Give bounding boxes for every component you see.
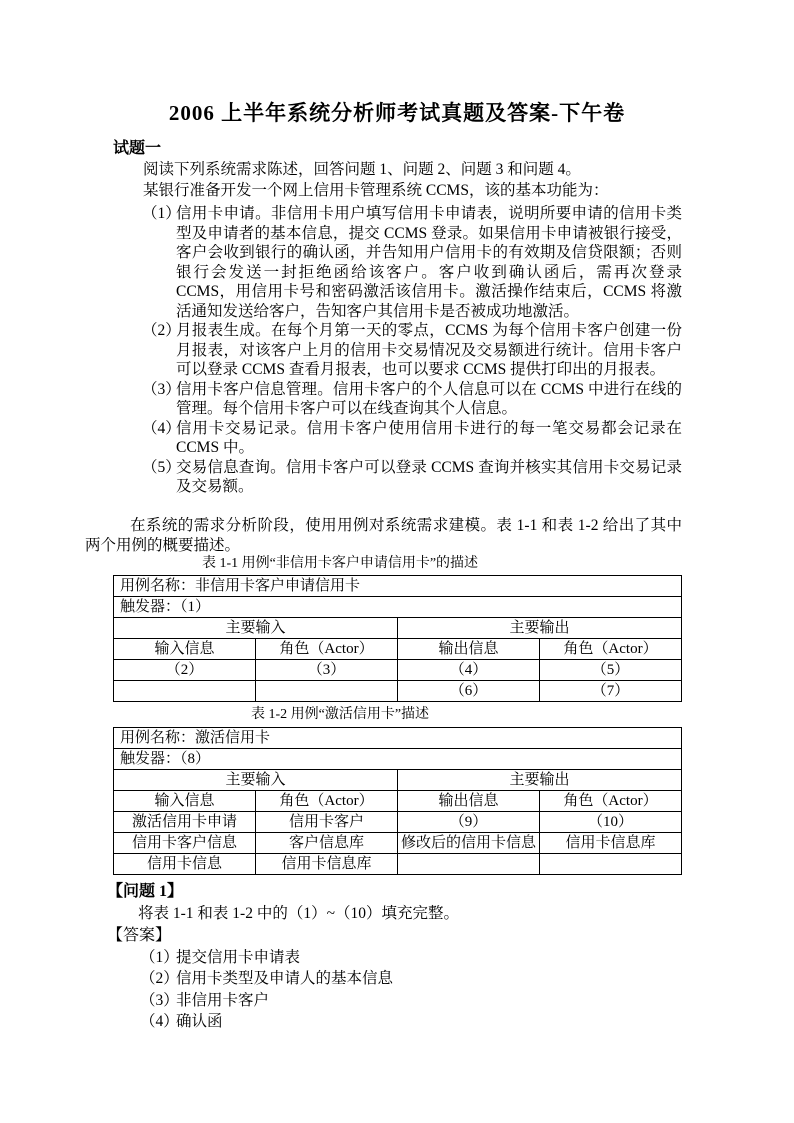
data-cell — [540, 854, 682, 875]
answer-number: （2） — [140, 968, 176, 989]
col-header-cell: 输出信息 — [398, 791, 540, 812]
table-row: （6） （7） — [114, 681, 682, 702]
trigger-cell: 触发器：（8） — [114, 749, 682, 770]
col-header-cell: 角色（Actor） — [256, 791, 398, 812]
data-cell: （2） — [114, 660, 256, 681]
feature-number: （4） — [142, 419, 176, 458]
data-cell: （10） — [540, 812, 682, 833]
answer-number: （3） — [140, 990, 176, 1011]
feature-text: 交易信息查询。信用卡客户可以登录 CCMS 查询并核实其信用卡交易记录及交易额。 — [176, 458, 682, 497]
data-cell: （4） — [398, 660, 540, 681]
data-cell: （3） — [256, 660, 398, 681]
answer-text: 非信用卡客户 — [176, 990, 680, 1011]
data-cell: （6） — [398, 681, 540, 702]
feature-list: （1） 信用卡申请。非信用卡用户填写信用卡申请表，说明所要申请的信用卡类型及申请… — [142, 204, 682, 497]
data-cell: 信用卡信息库 — [540, 833, 682, 854]
feature-text: 信用卡客户信息管理。信用卡客户的个人信息可以在 CCMS 中进行在线的管理。每个… — [176, 380, 682, 419]
answer-text: 信用卡类型及申请人的基本信息 — [176, 968, 680, 989]
feature-item-4: （4） 信用卡交易记录。信用卡客户使用信用卡进行的每一笔交易都会记录在 CCMS… — [142, 419, 682, 458]
data-cell: 信用卡信息库 — [256, 854, 398, 875]
output-group-header-cell: 主要输出 — [398, 618, 682, 639]
use-case-table-1: 用例名称：非信用卡客户申请信用卡 触发器：（1） 主要输入 主要输出 输入信息 … — [113, 575, 682, 702]
answer-list: （1） 提交信用卡申请表 （2） 信用卡类型及申请人的基本信息 （3） 非信用卡… — [140, 947, 680, 1033]
trigger-cell: 触发器：（1） — [114, 597, 682, 618]
data-cell: 信用卡信息 — [114, 854, 256, 875]
intro-paragraph-1: 阅读下列系统需求陈述，回答问题 1、问题 2、问题 3 和问题 4。 — [143, 160, 683, 181]
answer-item-1: （1） 提交信用卡申请表 — [140, 947, 680, 968]
table-row: 信用卡信息 信用卡信息库 — [114, 854, 682, 875]
use-case-name-cell: 用例名称：激活信用卡 — [114, 728, 682, 749]
data-cell: 修改后的信用卡信息 — [398, 833, 540, 854]
table2-caption: 表 1-2 用例“激活信用卡”描述 — [0, 706, 680, 724]
col-header-cell: 角色（Actor） — [540, 639, 682, 660]
input-group-header-cell: 主要输入 — [114, 770, 398, 791]
col-header-cell: 角色（Actor） — [540, 791, 682, 812]
col-header-cell: 角色（Actor） — [256, 639, 398, 660]
question1-heading: 【问题 1】 — [107, 881, 183, 902]
question1-body: 将表 1-1 和表 1-2 中的（1）~（10）填充完整。 — [138, 903, 459, 924]
answer-number: （4） — [140, 1011, 176, 1032]
feature-number: （2） — [142, 321, 176, 380]
input-group-header-cell: 主要输入 — [114, 618, 398, 639]
document-page: 2006 上半年系统分析师考试真题及答案-下午卷 试题一 阅读下列系统需求陈述，… — [0, 0, 794, 1123]
table-row: 信用卡客户信息 客户信息库 修改后的信用卡信息 信用卡信息库 — [114, 833, 682, 854]
data-cell — [398, 854, 540, 875]
analysis-paragraph: 在系统的需求分析阶段，使用用例对系统需求建模。表 1-1 和表 1-2 给出了其… — [85, 516, 682, 556]
data-cell: 客户信息库 — [256, 833, 398, 854]
intro-paragraph-2: 某银行准备开发一个网上信用卡管理系统 CCMS，该的基本功能为： — [143, 181, 683, 202]
answer-item-4: （4） 确认函 — [140, 1011, 680, 1032]
data-cell: （9） — [398, 812, 540, 833]
use-case-table-2: 用例名称：激活信用卡 触发器：（8） 主要输入 主要输出 输入信息 角色（Act… — [113, 727, 682, 875]
col-header-cell: 输出信息 — [398, 639, 540, 660]
data-cell — [114, 681, 256, 702]
feature-number: （1） — [142, 204, 176, 321]
data-cell: 信用卡客户 — [256, 812, 398, 833]
feature-item-1: （1） 信用卡申请。非信用卡用户填写信用卡申请表，说明所要申请的信用卡类型及申请… — [142, 204, 682, 321]
feature-item-5: （5） 交易信息查询。信用卡客户可以登录 CCMS 查询并核实其信用卡交易记录及… — [142, 458, 682, 497]
answer-item-3: （3） 非信用卡客户 — [140, 990, 680, 1011]
section-heading: 试题一 — [113, 139, 161, 159]
answer-text: 提交信用卡申请表 — [176, 947, 680, 968]
table-row: 激活信用卡申请 信用卡客户 （9） （10） — [114, 812, 682, 833]
col-header-cell: 输入信息 — [114, 639, 256, 660]
data-cell — [256, 681, 398, 702]
data-cell: 激活信用卡申请 — [114, 812, 256, 833]
data-cell: （5） — [540, 660, 682, 681]
feature-number: （5） — [142, 458, 176, 497]
table-row: （2） （3） （4） （5） — [114, 660, 682, 681]
feature-number: （3） — [142, 380, 176, 419]
intro-block: 阅读下列系统需求陈述，回答问题 1、问题 2、问题 3 和问题 4。 某银行准备… — [143, 160, 683, 201]
feature-text: 信用卡申请。非信用卡用户填写信用卡申请表，说明所要申请的信用卡类型及申请者的基本… — [176, 204, 682, 321]
col-header-cell: 输入信息 — [114, 791, 256, 812]
data-cell: 信用卡客户信息 — [114, 833, 256, 854]
output-group-header-cell: 主要输出 — [398, 770, 682, 791]
feature-item-2: （2） 月报表生成。在每个月第一天的零点，CCMS 为每个信用卡客户创建一份月报… — [142, 321, 682, 380]
feature-text: 信用卡交易记录。信用卡客户使用信用卡进行的每一笔交易都会记录在 CCMS 中。 — [176, 419, 682, 458]
answer-text: 确认函 — [176, 1011, 680, 1032]
data-cell: （7） — [540, 681, 682, 702]
table1-caption: 表 1-1 用例“非信用卡客户申请信用卡”的描述 — [0, 555, 680, 573]
answer-number: （1） — [140, 947, 176, 968]
page-title: 2006 上半年系统分析师考试真题及答案-下午卷 — [0, 99, 794, 127]
feature-text: 月报表生成。在每个月第一天的零点，CCMS 为每个信用卡客户创建一份月报表，对该… — [176, 321, 682, 380]
answer-item-2: （2） 信用卡类型及申请人的基本信息 — [140, 968, 680, 989]
feature-item-3: （3） 信用卡客户信息管理。信用卡客户的个人信息可以在 CCMS 中进行在线的管… — [142, 380, 682, 419]
answer-heading: 【答案】 — [107, 925, 171, 946]
use-case-name-cell: 用例名称：非信用卡客户申请信用卡 — [114, 576, 682, 597]
